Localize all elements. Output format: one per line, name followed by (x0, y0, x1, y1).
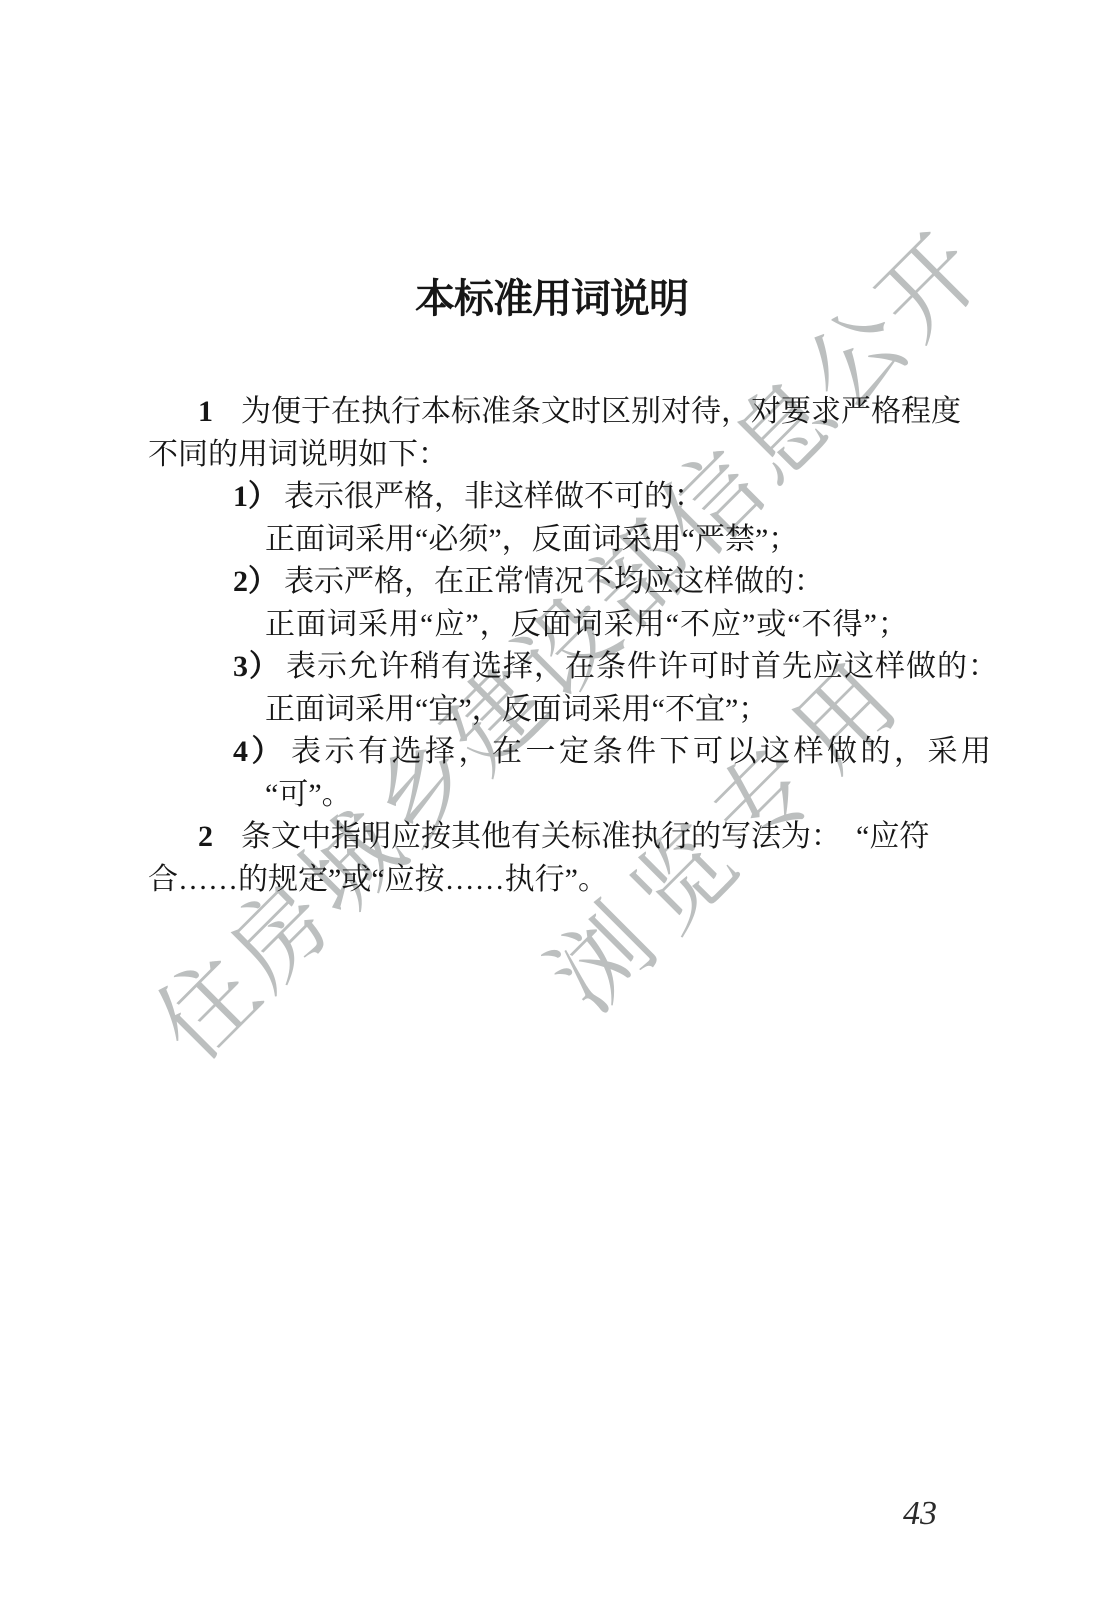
line-number: 2） (233, 565, 278, 598)
line-text: 正面词采用“宜”，反面词采用“不宜”； (265, 693, 768, 726)
text-line-numbered: 4）表示有选择，在一定条件下可以这样做的，采用 (148, 731, 963, 774)
document-body: 1为便于在执行本标准条文时区别对待，对要求严格程度不同的用词说明如下：1）表示很… (148, 391, 963, 901)
page-title: 本标准用词说明 (0, 274, 1103, 324)
page-number: 43 (890, 1496, 950, 1532)
text-line-numbered: 1为便于在执行本标准条文时区别对待，对要求严格程度 (148, 391, 963, 434)
line-text: 合……的规定”或“应按……执行”。 (148, 863, 608, 896)
line-number: 2 (198, 820, 213, 853)
line-number: 1 (198, 395, 213, 428)
line-text: 表示很严格，非这样做不可的： (284, 480, 704, 513)
line-text: 不同的用词说明如下： (148, 438, 448, 471)
line-number: 1） (233, 480, 278, 513)
line-text: 表示严格，在正常情况下均应这样做的： (284, 565, 824, 598)
line-text: 表示有选择，在一定条件下可以这样做的，采用 (291, 735, 995, 768)
text-line-numbered: 2）表示严格，在正常情况下均应这样做的： (148, 561, 963, 604)
line-number: 3） (233, 650, 280, 683)
line-number: 4） (233, 735, 285, 768)
text-line: “可”。 (148, 774, 963, 817)
line-text: 为便于在执行本标准条文时区别对待，对要求严格程度 (241, 395, 961, 428)
text-line: 不同的用词说明如下： (148, 434, 963, 477)
text-line: 正面词采用“应”，反面词采用“不应”或“不得”； (148, 604, 963, 647)
line-text: 条文中指明应按其他有关标准执行的写法为： “应符 (241, 820, 929, 853)
document-page: 住房城乡建设部信息公开 浏览专用 本标准用词说明 1为便于在执行本标准条文时区别… (0, 0, 1103, 1598)
text-line: 正面词采用“宜”，反面词采用“不宜”； (148, 689, 963, 732)
text-line-numbered: 2条文中指明应按其他有关标准执行的写法为： “应符 (148, 816, 963, 859)
text-line-numbered: 3）表示允许稍有选择，在条件许可时首先应这样做的： (148, 646, 963, 689)
text-line: 合……的规定”或“应按……执行”。 (148, 859, 963, 902)
text-line: 正面词采用“必须”，反面词采用“严禁”； (148, 519, 963, 562)
line-text: “可”。 (265, 778, 352, 811)
line-text: 正面词采用“必须”，反面词采用“严禁”； (265, 523, 798, 556)
line-text: 正面词采用“应”，反面词采用“不应”或“不得”； (265, 608, 909, 641)
text-line-numbered: 1）表示很严格，非这样做不可的： (148, 476, 963, 519)
line-text: 表示允许稍有选择，在条件许可时首先应这样做的： (286, 650, 999, 683)
